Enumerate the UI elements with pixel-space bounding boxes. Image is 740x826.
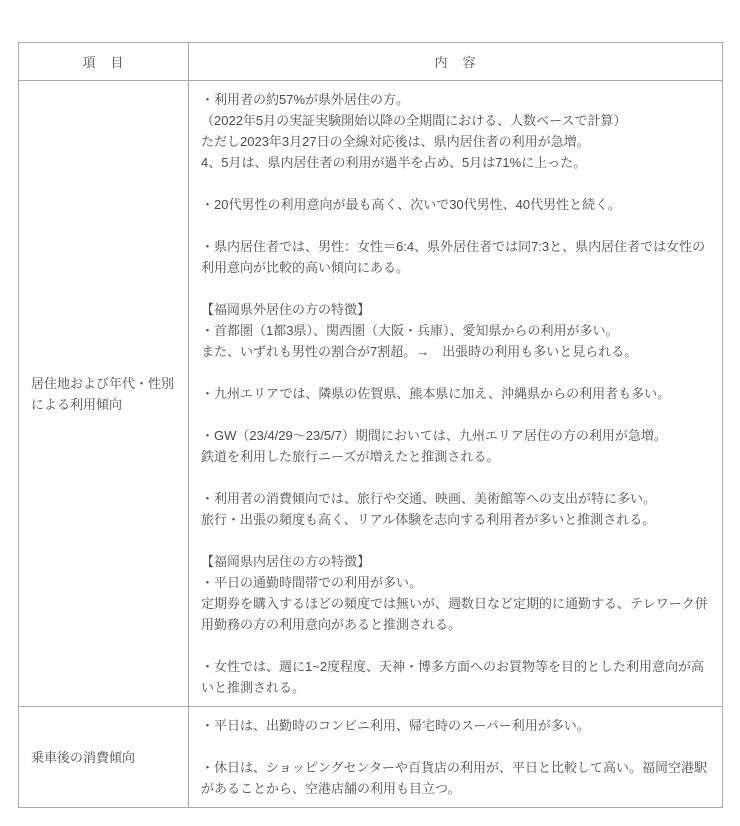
paragraph: ・女性では、週に1~2度程度、天神・博多方面へのお買物等を目的とした利用意向が高… xyxy=(201,656,712,698)
paragraph: 【福岡県内居住の方の特徴】・平日の通勤時間帯での利用が多い。定期券を購入するほど… xyxy=(201,551,712,635)
table-row: 居住地および年代・性別による利用傾向 ・利用者の約57%が県外居住の方。（202… xyxy=(19,81,723,707)
paragraph: ・九州エリアでは、隣県の佐賀県、熊本県に加え、沖縄県からの利用者も多い。 xyxy=(201,383,712,404)
info-table: 項 目 内 容 居住地および年代・性別による利用傾向 ・利用者の約57%が県外居… xyxy=(18,42,723,808)
row-content-consumption-trends: ・平日は、出勤時のコンビニ利用、帰宅時のスーパー利用が多い。・休日は、ショッピン… xyxy=(189,707,723,808)
row-item-label-usage-trends: 居住地および年代・性別による利用傾向 xyxy=(19,81,189,707)
paragraph: ・平日は、出勤時のコンビニ利用、帰宅時のスーパー利用が多い。 xyxy=(201,715,712,736)
paragraph: ・GW（23/4/29～23/5/7）期間においては、九州エリア居住の方の利用が… xyxy=(201,425,712,467)
paragraph: ・利用者の消費傾向では、旅行や交通、映画、美術館等への支出が特に多い。旅行・出張… xyxy=(201,488,712,530)
header-content-column: 内 容 xyxy=(189,43,723,81)
row-content-usage-trends: ・利用者の約57%が県外居住の方。（2022年5月の実証実験開始以降の全期間にお… xyxy=(189,81,723,707)
row-item-label-consumption-trends: 乗車後の消費傾向 xyxy=(19,707,189,808)
paragraph: ・利用者の約57%が県外居住の方。（2022年5月の実証実験開始以降の全期間にお… xyxy=(201,89,712,173)
table-header-row: 項 目 内 容 xyxy=(19,43,723,81)
table-row: 乗車後の消費傾向 ・平日は、出勤時のコンビニ利用、帰宅時のスーパー利用が多い。・… xyxy=(19,707,723,808)
header-item-column: 項 目 xyxy=(19,43,189,81)
paragraph: ・休日は、ショッピングセンターや百貨店の利用が、平日と比較して高い。福岡空港駅が… xyxy=(201,757,712,799)
paragraph: ・20代男性の利用意向が最も高く、次いで30代男性、40代男性と続く。 xyxy=(201,194,712,215)
page: 項 目 内 容 居住地および年代・性別による利用傾向 ・利用者の約57%が県外居… xyxy=(0,0,740,826)
paragraph: ・県内居住者では、男性：女性＝6:4、県外居住者では同7:3と、県内居住者では女… xyxy=(201,236,712,278)
paragraph: 【福岡県外居住の方の特徴】・首都圏（1都3県）、関西圏（大阪・兵庫）、愛知県から… xyxy=(201,299,712,362)
